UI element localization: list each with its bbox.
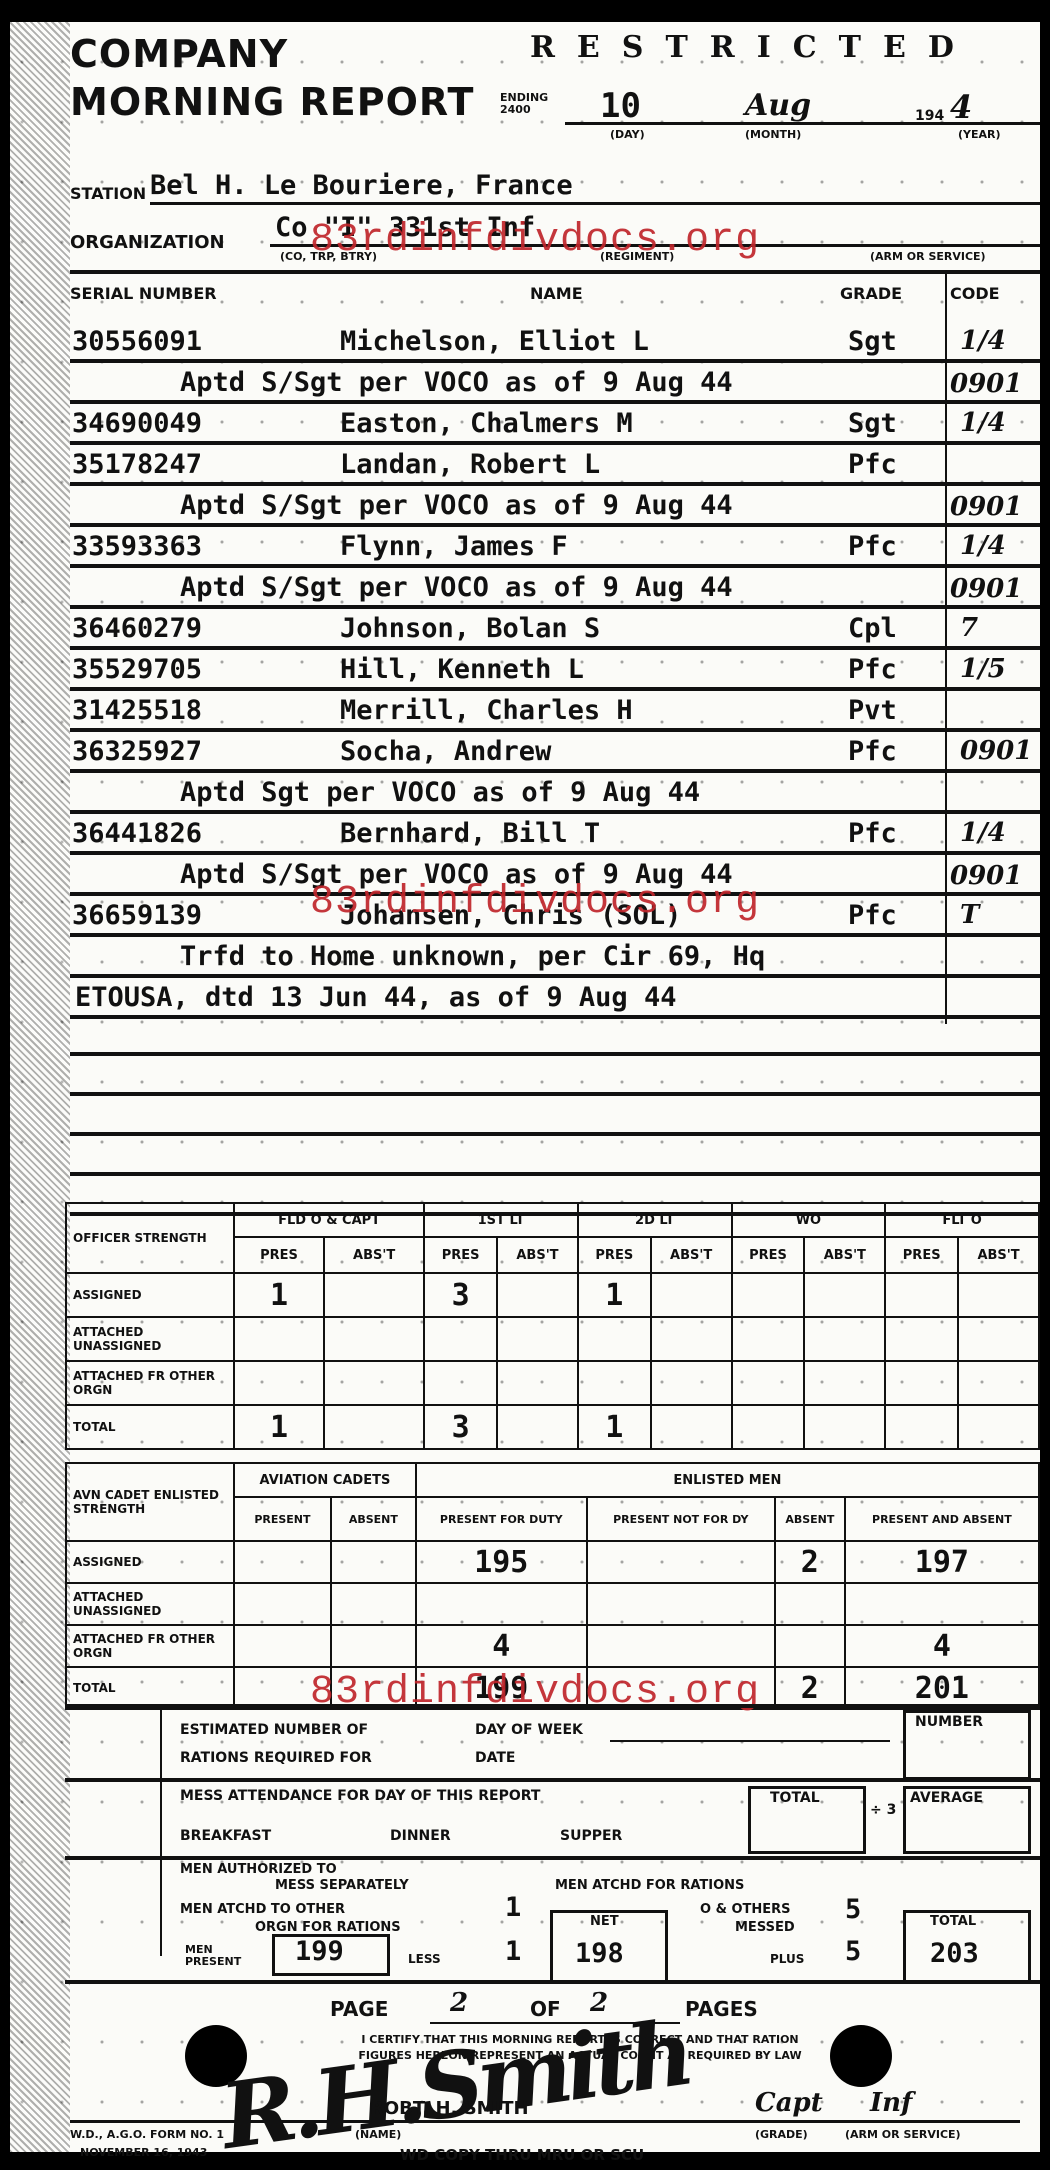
o-others-label-b: MESSED bbox=[735, 1920, 795, 1935]
serial-number: 35529705 bbox=[72, 654, 202, 685]
strength-cell: 197 bbox=[845, 1541, 1039, 1583]
officer-strength-title: OFFICER STRENGTH bbox=[66, 1203, 234, 1273]
strength-cell bbox=[958, 1361, 1039, 1405]
roster-entry-row: 34690049Easton, Chalmers MSgt1/4 bbox=[10, 404, 1040, 445]
strength-cell: 1 bbox=[234, 1405, 324, 1449]
strength-cell bbox=[234, 1541, 331, 1583]
rations-bottom-rule bbox=[65, 1980, 1040, 1984]
officer-strength-row: TOTAL131 bbox=[66, 1405, 1039, 1449]
grand-total-label: TOTAL bbox=[930, 1914, 976, 1929]
roster-entry-row: 36460279Johnson, Bolan SCpl7 bbox=[10, 609, 1040, 650]
strength-cell bbox=[324, 1361, 424, 1405]
soldier-name: Michelson, Elliot L bbox=[340, 326, 649, 357]
net-label: NET bbox=[590, 1914, 619, 1929]
blank-line bbox=[70, 1172, 1040, 1176]
enlisted-subcol: PRESENT FOR DUTY bbox=[416, 1497, 587, 1541]
code: 0901 bbox=[950, 861, 1022, 891]
strength-cell bbox=[732, 1273, 805, 1317]
soldier-name: Bernhard, Bill T bbox=[340, 818, 600, 849]
grade: Sgt bbox=[848, 408, 897, 439]
authorized-top-rule bbox=[65, 1856, 1040, 1860]
form-title-morning-report: MORNING REPORT bbox=[70, 80, 474, 124]
day-label: (DAY) bbox=[610, 128, 645, 141]
strength-cell bbox=[775, 1583, 845, 1625]
strength-cell bbox=[578, 1317, 651, 1361]
organization-label: ORGANIZATION bbox=[70, 232, 225, 253]
group-flt-o: FLT O bbox=[885, 1203, 1039, 1237]
roster-entry-row: 33593363Flynn, James FPfc1/4 bbox=[10, 527, 1040, 568]
grand-total-value: 203 bbox=[930, 1938, 979, 1969]
serial-number: 33593363 bbox=[72, 531, 202, 562]
code: 1/4 bbox=[960, 818, 1006, 848]
strength-cell bbox=[885, 1273, 958, 1317]
strength-cell: 4 bbox=[416, 1625, 587, 1667]
soldier-name: Flynn, James F bbox=[340, 531, 568, 562]
org-sublabel-arm: (ARM OR SERVICE) bbox=[870, 250, 986, 263]
pages-label: PAGES bbox=[685, 1997, 758, 2021]
serial-number: 36325927 bbox=[72, 736, 202, 767]
strength-cell: 2 bbox=[775, 1541, 845, 1583]
form-title-company: COMPANY bbox=[70, 32, 288, 76]
strength-cell: 3 bbox=[424, 1273, 497, 1317]
blank-line bbox=[70, 1132, 1040, 1136]
atchd-other-value: 1 bbox=[505, 1892, 521, 1923]
o-others-label-a: O & OTHERS bbox=[700, 1902, 791, 1917]
rations-label-b: RATIONS REQUIRED FOR bbox=[180, 1750, 372, 1766]
average-label: AVERAGE bbox=[910, 1790, 983, 1806]
roster-remark-row: Aptd Sgt per VOCO as of 9 Aug 44 bbox=[10, 773, 1040, 814]
station-label: STATION bbox=[70, 184, 146, 203]
roster-remark-row: Aptd S/Sgt per VOCO as of 9 Aug 440901 bbox=[10, 486, 1040, 527]
grade: Pfc bbox=[848, 900, 897, 931]
net-value: 198 bbox=[575, 1938, 624, 1969]
grade: Pfc bbox=[848, 449, 897, 480]
group-1st-lt: 1ST LT bbox=[424, 1203, 578, 1237]
strength-cell bbox=[497, 1317, 578, 1361]
serial-number: 36659139 bbox=[72, 900, 202, 931]
strength-cell bbox=[732, 1317, 805, 1361]
watermark-roster: 83rdinfdivdocs.org bbox=[310, 880, 760, 925]
strength-cell: 3 bbox=[424, 1405, 497, 1449]
enlisted-subcol: PRESENT bbox=[234, 1497, 331, 1541]
subcol-abst: ABS'T bbox=[497, 1237, 578, 1273]
less-label: LESS bbox=[408, 1952, 441, 1966]
roster-entry-row: 35529705Hill, Kenneth LPfc1/5 bbox=[10, 650, 1040, 691]
remark-text: Trfd to Home unknown, per Cir 69, Hq bbox=[180, 941, 765, 972]
row-label: ASSIGNED bbox=[66, 1273, 234, 1317]
form-date: NOVEMBER 16, 1943 bbox=[80, 2146, 207, 2159]
strength-cell bbox=[804, 1317, 885, 1361]
strength-cell bbox=[331, 1583, 416, 1625]
row-label: TOTAL bbox=[66, 1405, 234, 1449]
roster-row-rule bbox=[70, 1015, 1040, 1019]
station-value: Bel H. Le Bouriere, France bbox=[150, 170, 573, 201]
day-of-week-line bbox=[610, 1740, 890, 1742]
strength-cell: 4 bbox=[845, 1625, 1039, 1667]
strength-cell bbox=[732, 1361, 805, 1405]
strength-cell bbox=[587, 1583, 775, 1625]
roster-entry-row: 35178247Landan, Robert LPfc bbox=[10, 445, 1040, 486]
strength-cell bbox=[424, 1361, 497, 1405]
enlisted-strength-row: ATTACHED UNASSIGNED bbox=[66, 1583, 1039, 1625]
enlisted-strength-title: AVN CADET ENLISTED STRENGTH bbox=[66, 1463, 234, 1541]
group-wo: WO bbox=[732, 1203, 886, 1237]
dinner-label: DINNER bbox=[390, 1828, 451, 1844]
remark-text: Aptd Sgt per VOCO as of 9 Aug 44 bbox=[180, 777, 700, 808]
ending-label: ENDING 2400 bbox=[500, 92, 560, 116]
code: 1/4 bbox=[960, 408, 1006, 438]
strength-cell: 2 bbox=[775, 1667, 845, 1709]
group-fld-o-capt: FLD O & CAPT bbox=[234, 1203, 424, 1237]
strength-cell bbox=[424, 1317, 497, 1361]
subcol-pres: PRES bbox=[578, 1237, 651, 1273]
roster-remark-row: Aptd S/Sgt per VOCO as of 9 Aug 440901 bbox=[10, 363, 1040, 404]
supper-label: SUPPER bbox=[560, 1828, 622, 1844]
strength-cell bbox=[958, 1405, 1039, 1449]
rations-label-a: ESTIMATED NUMBER OF bbox=[180, 1722, 368, 1738]
soldier-name: Merrill, Charles H bbox=[340, 695, 633, 726]
officer-strength-row: ATTACHED UNASSIGNED bbox=[66, 1317, 1039, 1361]
grade: Sgt bbox=[848, 326, 897, 357]
strength-cell: 201 bbox=[845, 1667, 1039, 1709]
strength-cell bbox=[497, 1273, 578, 1317]
serial-number: 35178247 bbox=[72, 449, 202, 480]
strength-cell bbox=[885, 1317, 958, 1361]
serial-number: 30556091 bbox=[72, 326, 202, 357]
year-prefix: 194 bbox=[915, 108, 944, 124]
roster-remark-row: Aptd S/Sgt per VOCO as of 9 Aug 440901 bbox=[10, 568, 1040, 609]
grade: Pfc bbox=[848, 818, 897, 849]
strength-cell bbox=[587, 1625, 775, 1667]
men-present-value: 199 bbox=[295, 1936, 344, 1967]
arm-sublabel: (ARM OR SERVICE) bbox=[845, 2128, 961, 2141]
auth-sep-label-a: MEN AUTHORIZED TO bbox=[180, 1862, 337, 1877]
signer-arm: Inf bbox=[870, 2088, 912, 2118]
strength-cell bbox=[234, 1583, 331, 1625]
group-aviation-cadets: AVIATION CADETS bbox=[234, 1463, 416, 1497]
strength-cell bbox=[845, 1583, 1039, 1625]
subcol-abst: ABS'T bbox=[324, 1237, 424, 1273]
strength-cell bbox=[324, 1405, 424, 1449]
signer-grade: Capt bbox=[755, 2088, 823, 2118]
roster-top-rule bbox=[70, 270, 1040, 274]
strength-cell bbox=[651, 1361, 732, 1405]
strength-cell: 1 bbox=[578, 1273, 651, 1317]
code: 1/4 bbox=[960, 531, 1006, 561]
strength-cell bbox=[324, 1317, 424, 1361]
grade: Pfc bbox=[848, 736, 897, 767]
remark-text: Aptd S/Sgt per VOCO as of 9 Aug 44 bbox=[180, 367, 733, 398]
strength-cell bbox=[331, 1625, 416, 1667]
code: 7 bbox=[960, 613, 978, 643]
roster-entry-row: 36325927Socha, AndrewPfc0901 bbox=[10, 732, 1040, 773]
strength-cell bbox=[324, 1273, 424, 1317]
rations-left-divider bbox=[160, 1706, 162, 1956]
strength-cell bbox=[885, 1405, 958, 1449]
mess-top-rule bbox=[65, 1778, 1040, 1782]
strength-cell bbox=[651, 1317, 732, 1361]
enlisted-strength-row: ATTACHED FR OTHER ORGN44 bbox=[66, 1625, 1039, 1667]
breakfast-label: BREAKFAST bbox=[180, 1828, 271, 1844]
page-label: PAGE bbox=[330, 1997, 388, 2021]
remark-text: Aptd S/Sgt per VOCO as of 9 Aug 44 bbox=[180, 490, 733, 521]
blank-line bbox=[70, 1052, 1040, 1056]
roster-entry-row: 36441826Bernhard, Bill TPfc1/4 bbox=[10, 814, 1040, 855]
strength-cell: 195 bbox=[416, 1541, 587, 1583]
strength-cell bbox=[234, 1625, 331, 1667]
mess-attendance-label: MESS ATTENDANCE FOR DAY OF THIS REPORT bbox=[180, 1788, 540, 1804]
form-number: W.D., A.G.O. FORM NO. 1 bbox=[70, 2128, 224, 2141]
strength-cell bbox=[804, 1361, 885, 1405]
enlisted-subcol: ABSENT bbox=[775, 1497, 845, 1541]
o-others-value: 5 bbox=[845, 1894, 861, 1925]
col-serial-number: SERIAL NUMBER bbox=[70, 284, 217, 303]
strength-cell bbox=[416, 1583, 587, 1625]
divide-by-three: ÷ 3 bbox=[870, 1802, 896, 1818]
report-year: 4 bbox=[950, 88, 972, 126]
strength-cell bbox=[497, 1405, 578, 1449]
code: 0901 bbox=[960, 736, 1032, 766]
strength-cell: 1 bbox=[234, 1273, 324, 1317]
soldier-name: Easton, Chalmers M bbox=[340, 408, 633, 439]
page-number: 2 bbox=[450, 1988, 468, 2018]
strength-cell bbox=[578, 1361, 651, 1405]
grade: Cpl bbox=[848, 613, 897, 644]
serial-number: 34690049 bbox=[72, 408, 202, 439]
punch-hole-right bbox=[830, 2025, 892, 2087]
serial-number: 36460279 bbox=[72, 613, 202, 644]
soldier-name: Socha, Andrew bbox=[340, 736, 551, 767]
day-of-week-label: DAY OF WEEK bbox=[475, 1722, 583, 1738]
grade: Pfc bbox=[848, 654, 897, 685]
row-label: ASSIGNED bbox=[66, 1541, 234, 1583]
subcol-pres: PRES bbox=[732, 1237, 805, 1273]
serial-number: 31425518 bbox=[72, 695, 202, 726]
col-name: NAME bbox=[530, 284, 583, 303]
subcol-abst: ABS'T bbox=[804, 1237, 885, 1273]
year-label: (YEAR) bbox=[958, 128, 1001, 141]
signature: R.H.Smith bbox=[215, 2000, 695, 2170]
soldier-name: Johnson, Bolan S bbox=[340, 613, 600, 644]
row-label: ATTACHED UNASSIGNED bbox=[66, 1317, 234, 1361]
row-label: ATTACHED FR OTHER ORGN bbox=[66, 1361, 234, 1405]
enlisted-subcol: PRESENT AND ABSENT bbox=[845, 1497, 1039, 1541]
signer-name: ROBT. H. SMITH bbox=[370, 2098, 529, 2119]
code: 0901 bbox=[950, 369, 1022, 399]
men-atchd-rations-label: MEN ATCHD FOR RATIONS bbox=[555, 1878, 744, 1893]
watermark-top: 83rdinfdivdocs.org bbox=[310, 218, 760, 263]
roster-remark-row: ETOUSA, dtd 13 Jun 44, as of 9 Aug 44 bbox=[10, 978, 1040, 1019]
signature-line bbox=[70, 2120, 1020, 2123]
morning-report-page: COMPANY RESTRICTED MORNING REPORT ENDING… bbox=[10, 22, 1040, 2152]
enlisted-strength-row: ASSIGNED1952197 bbox=[66, 1541, 1039, 1583]
roster-entry-row: 30556091Michelson, Elliot LSgt1/4 bbox=[10, 322, 1040, 363]
strength-cell bbox=[732, 1405, 805, 1449]
plus-value: 5 bbox=[845, 1936, 861, 1967]
remark-text: ETOUSA, dtd 13 Jun 44, as of 9 Aug 44 bbox=[75, 982, 676, 1013]
strength-cell bbox=[775, 1625, 845, 1667]
month-label: (MONTH) bbox=[745, 128, 801, 141]
enlisted-subcol: PRESENT NOT FOR DY bbox=[587, 1497, 775, 1541]
group-2d-lt: 2D LT bbox=[578, 1203, 732, 1237]
group-enlisted-men: ENLISTED MEN bbox=[416, 1463, 1039, 1497]
code: 0901 bbox=[950, 492, 1022, 522]
copy-note: WD COPY THRU MRU OR SCU bbox=[400, 2146, 644, 2164]
rations-top-rule bbox=[65, 1704, 1040, 1708]
subcol-abst: ABS'T bbox=[651, 1237, 732, 1273]
subcol-abst: ABS'T bbox=[958, 1237, 1039, 1273]
men-present-label: MEN PRESENT bbox=[185, 1944, 255, 1968]
atchd-other-label-a: MEN ATCHD TO OTHER bbox=[180, 1902, 345, 1917]
atchd-other-label-b: ORGN FOR RATIONS bbox=[255, 1920, 401, 1935]
strength-cell bbox=[651, 1405, 732, 1449]
officer-strength-table: OFFICER STRENGTH FLD O & CAPT 1ST LT 2D … bbox=[65, 1202, 1040, 1450]
date-label: DATE bbox=[475, 1750, 515, 1766]
strength-cell bbox=[331, 1541, 416, 1583]
number-label: NUMBER bbox=[915, 1714, 983, 1730]
roster-remark-row: Trfd to Home unknown, per Cir 69, Hq bbox=[10, 937, 1040, 978]
less-value: 1 bbox=[505, 1936, 521, 1967]
auth-sep-label-b: MESS SEPARATELY bbox=[275, 1878, 409, 1893]
strength-cell bbox=[234, 1317, 324, 1361]
strength-cell bbox=[651, 1273, 732, 1317]
enlisted-subcol: ABSENT bbox=[331, 1497, 416, 1541]
report-month: Aug bbox=[745, 88, 811, 123]
soldier-name: Hill, Kenneth L bbox=[340, 654, 584, 685]
remark-text: Aptd S/Sgt per VOCO as of 9 Aug 44 bbox=[180, 572, 733, 603]
strength-cell bbox=[804, 1273, 885, 1317]
grade-sublabel: (GRADE) bbox=[755, 2128, 808, 2141]
col-grade: GRADE bbox=[840, 284, 902, 303]
row-label: TOTAL bbox=[66, 1667, 234, 1709]
mess-total-label: TOTAL bbox=[770, 1790, 820, 1806]
officer-strength-row: ASSIGNED131 bbox=[66, 1273, 1039, 1317]
strength-cell bbox=[958, 1317, 1039, 1361]
strength-cell: 1 bbox=[578, 1405, 651, 1449]
classification-stamp: RESTRICTED bbox=[530, 30, 976, 65]
roster-entry-row: 31425518Merrill, Charles HPvt bbox=[10, 691, 1040, 732]
plus-label: PLUS bbox=[770, 1952, 804, 1966]
code: 1/5 bbox=[960, 654, 1006, 684]
watermark-middle: 83rdinfdivdocs.org bbox=[310, 1670, 760, 1715]
row-label: ATTACHED UNASSIGNED bbox=[66, 1583, 234, 1625]
subcol-pres: PRES bbox=[234, 1237, 324, 1273]
strength-cell bbox=[234, 1361, 324, 1405]
name-sublabel: (NAME) bbox=[355, 2128, 401, 2141]
code: 1/4 bbox=[960, 326, 1006, 356]
strength-cell bbox=[958, 1273, 1039, 1317]
officer-strength-row: ATTACHED FR OTHER ORGN bbox=[66, 1361, 1039, 1405]
col-code: CODE bbox=[950, 284, 1000, 303]
blank-line bbox=[70, 1092, 1040, 1096]
strength-cell bbox=[497, 1361, 578, 1405]
code: 0901 bbox=[950, 574, 1022, 604]
soldier-name: Landan, Robert L bbox=[340, 449, 600, 480]
subcol-pres: PRES bbox=[424, 1237, 497, 1273]
strength-cell bbox=[587, 1541, 775, 1583]
strength-cell bbox=[804, 1405, 885, 1449]
strength-cell bbox=[885, 1361, 958, 1405]
serial-number: 36441826 bbox=[72, 818, 202, 849]
station-line bbox=[150, 202, 1040, 205]
subcol-pres: PRES bbox=[885, 1237, 958, 1273]
report-day: 10 bbox=[600, 86, 641, 126]
code: T bbox=[960, 900, 979, 930]
grade: Pvt bbox=[848, 695, 897, 726]
grade: Pfc bbox=[848, 531, 897, 562]
row-label: ATTACHED FR OTHER ORGN bbox=[66, 1625, 234, 1667]
